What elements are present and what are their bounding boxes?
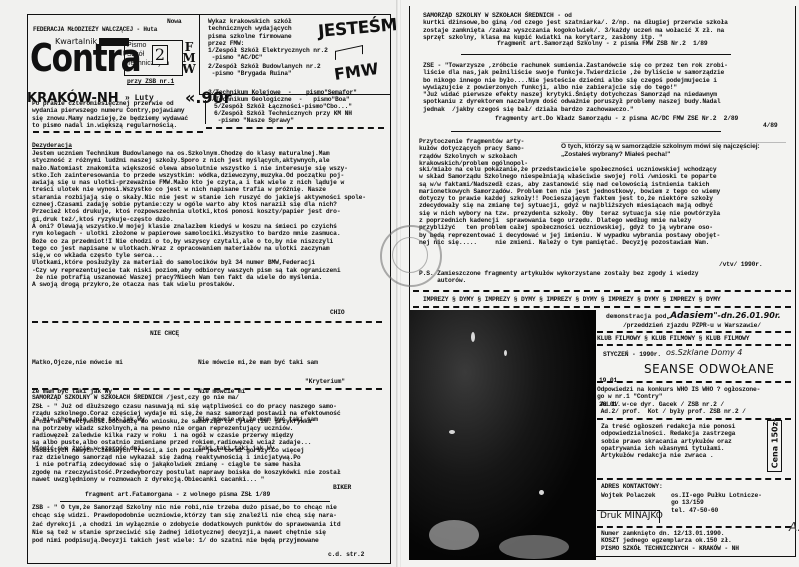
dashed-divider — [32, 388, 382, 390]
divider-line — [60, 501, 330, 502]
school-item: 2/Zespół Szkół Budowlanych nr.2 -pismo "… — [208, 63, 321, 78]
issue-number: 2 — [152, 45, 168, 65]
dashed-divider — [597, 381, 791, 383]
demonstration-photo — [409, 310, 596, 560]
article-source-extra: 4/89 — [763, 122, 778, 129]
dashed-divider — [597, 526, 791, 528]
contest-answers: Odpowiedzi na konkurs WHO IS WHO ? ogłos… — [597, 386, 760, 415]
list-side-rule — [205, 100, 210, 124]
dashed-divider — [33, 131, 203, 133]
contact-address: os.II-ego Pułku Lotnicze- go 13/159 tel.… — [671, 492, 762, 514]
margin-note: A: — [789, 520, 799, 534]
issue-footer: Numer zamknięto dn. 12/13.01.1990. KOSZT… — [601, 530, 739, 552]
fmw-letter: W — [182, 64, 196, 75]
film-club-banner: KLUB FILMOWY § KLUB FILMOWY § KLUB FILMO… — [597, 335, 749, 342]
dashed-divider — [597, 478, 791, 480]
dashed-divider — [413, 306, 791, 308]
article-body: ski/miało na celu pokazanie,że przedstaw… — [419, 166, 720, 246]
contact-heading: ADRES KONTAKTOWY: — [601, 483, 663, 490]
continued-label: c.d. str.2 — [328, 551, 364, 558]
stamp-seal-icon — [380, 225, 442, 287]
film-club-venue: os.Szklane Domy 4 — [666, 348, 742, 357]
contact-name: Wojtek Polaczek — [601, 492, 655, 499]
demonstration-caption: demonstracja pod„Adasiem"-dn.26.01.90r. — [606, 311, 781, 321]
divider-line — [451, 131, 721, 132]
quote-line-2: „Zostałeś wybrany? Miałeś pecha!" — [561, 151, 786, 159]
article-body: Jestem uczniem Technikum Budowlanego na … — [32, 150, 366, 289]
demo-place: Adasiem — [670, 311, 713, 321]
intro-paragraph: Po prawie czteromiesięcznej przerwie od … — [32, 100, 188, 129]
article-source: fragment art.Samorząd Szkolny - z pisma … — [497, 40, 707, 47]
demo-prefix: demonstracja pod„ — [606, 313, 670, 320]
left-page: Nowa FEDERACJA MŁODZIEŻY WALCZĄCEJ - Hut… — [0, 0, 398, 567]
poem-attribution: "Kryterium" — [305, 378, 345, 385]
price-box: Cena 150zł — [767, 420, 782, 472]
school-item: 1/Zespół Szkół Elektrycznych nr.2 -pismo… — [208, 47, 328, 62]
poem-title: NIE CHCĘ — [150, 330, 179, 337]
masthead-top-right: Nowa — [167, 18, 182, 25]
school-list-intro: Wykaz krakowskich szkół technicznych wyd… — [208, 18, 291, 47]
printer-label: Druk MINAJKO — [600, 511, 663, 521]
events-banner: IMPREZY § DYMY § IMPREZY § DYMY § IMPREZ… — [423, 296, 721, 303]
right-page: SAMORZĄD SZKOLNY W SZKOŁACH ŚREDNICH - o… — [401, 0, 799, 567]
article-source: fragmenty art.Do Władz Samorządu - z pis… — [495, 115, 738, 122]
article-body: ZSE - "Towarzysze ,zróbcie rachunek sumi… — [423, 62, 728, 113]
federation-line: FEDERACJA MŁODZIEŻY WALCZĄCEJ - Huta — [33, 26, 157, 33]
fmw-vertical: F M W — [182, 42, 196, 75]
price-label: Cena 150zł — [771, 419, 780, 469]
demonstration-note: /przeddzień zjazdu PZPR-u w Warszawie/ — [623, 322, 761, 329]
poem-line: Nie mówcie mi,że mam być taki sam — [198, 358, 318, 368]
school-item: 6/Zespół Szkół Technicznych przy KM NH -… — [214, 110, 352, 125]
poem-line: Matko,Ojcze,nie mówcie mi — [32, 358, 145, 368]
article-heading: Dezyderacja — [32, 142, 72, 149]
film-status: SEANSE ODWOŁANE — [644, 362, 774, 376]
quote-box: O tych, którzy są w samorządzie szkolnym… — [561, 142, 786, 165]
dashed-divider — [413, 290, 791, 292]
article-signature: CHIO — [330, 309, 345, 316]
masthead: Nowa FEDERACJA MŁODZIEŻY WALCZĄCEJ - Hut… — [27, 14, 199, 94]
article-source: fragment art.Fatamorgana - z wolnego pis… — [85, 491, 270, 498]
article-heading: SAMORZĄD SZKOLNY W SZKOŁACH ŚREDNICH /je… — [32, 394, 239, 401]
article-body: ZSB - " O tym,że Samorząd Szkolny nic ni… — [32, 504, 340, 545]
demo-date: "-dn.26.01.90r. — [713, 311, 780, 320]
article-signature: /vtv/ 1990r. — [719, 261, 763, 268]
postscript: P.S. Zamieszczone fragmenty artykułów wy… — [419, 270, 698, 285]
film-club-month: STYCZEŃ - 1990r. — [603, 351, 661, 358]
dashed-divider — [206, 127, 384, 129]
divider-line — [461, 54, 731, 55]
article-intro: Przytoczenie fragmentów arty- kułów doty… — [419, 138, 528, 167]
przy-line: przy ZSB nr.1 — [127, 78, 174, 85]
dashed-divider — [597, 344, 791, 346]
disclaimer: Za treść ogłoszeń redakcja nie ponosi od… — [601, 423, 735, 459]
quote-line-1: O tych, którzy są w samorządzie szkolnym… — [561, 143, 786, 151]
article-signature: BIKER — [333, 484, 351, 491]
article-body: ZSŁ - " Już od dłuższego czasu nasuwają … — [32, 403, 340, 483]
dashed-divider — [597, 418, 791, 420]
dashed-divider — [597, 331, 791, 333]
article-body: SAMORZĄD SZKOLNY W SZKOŁACH ŚREDNICH - o… — [423, 12, 728, 41]
dashed-divider — [32, 321, 382, 323]
